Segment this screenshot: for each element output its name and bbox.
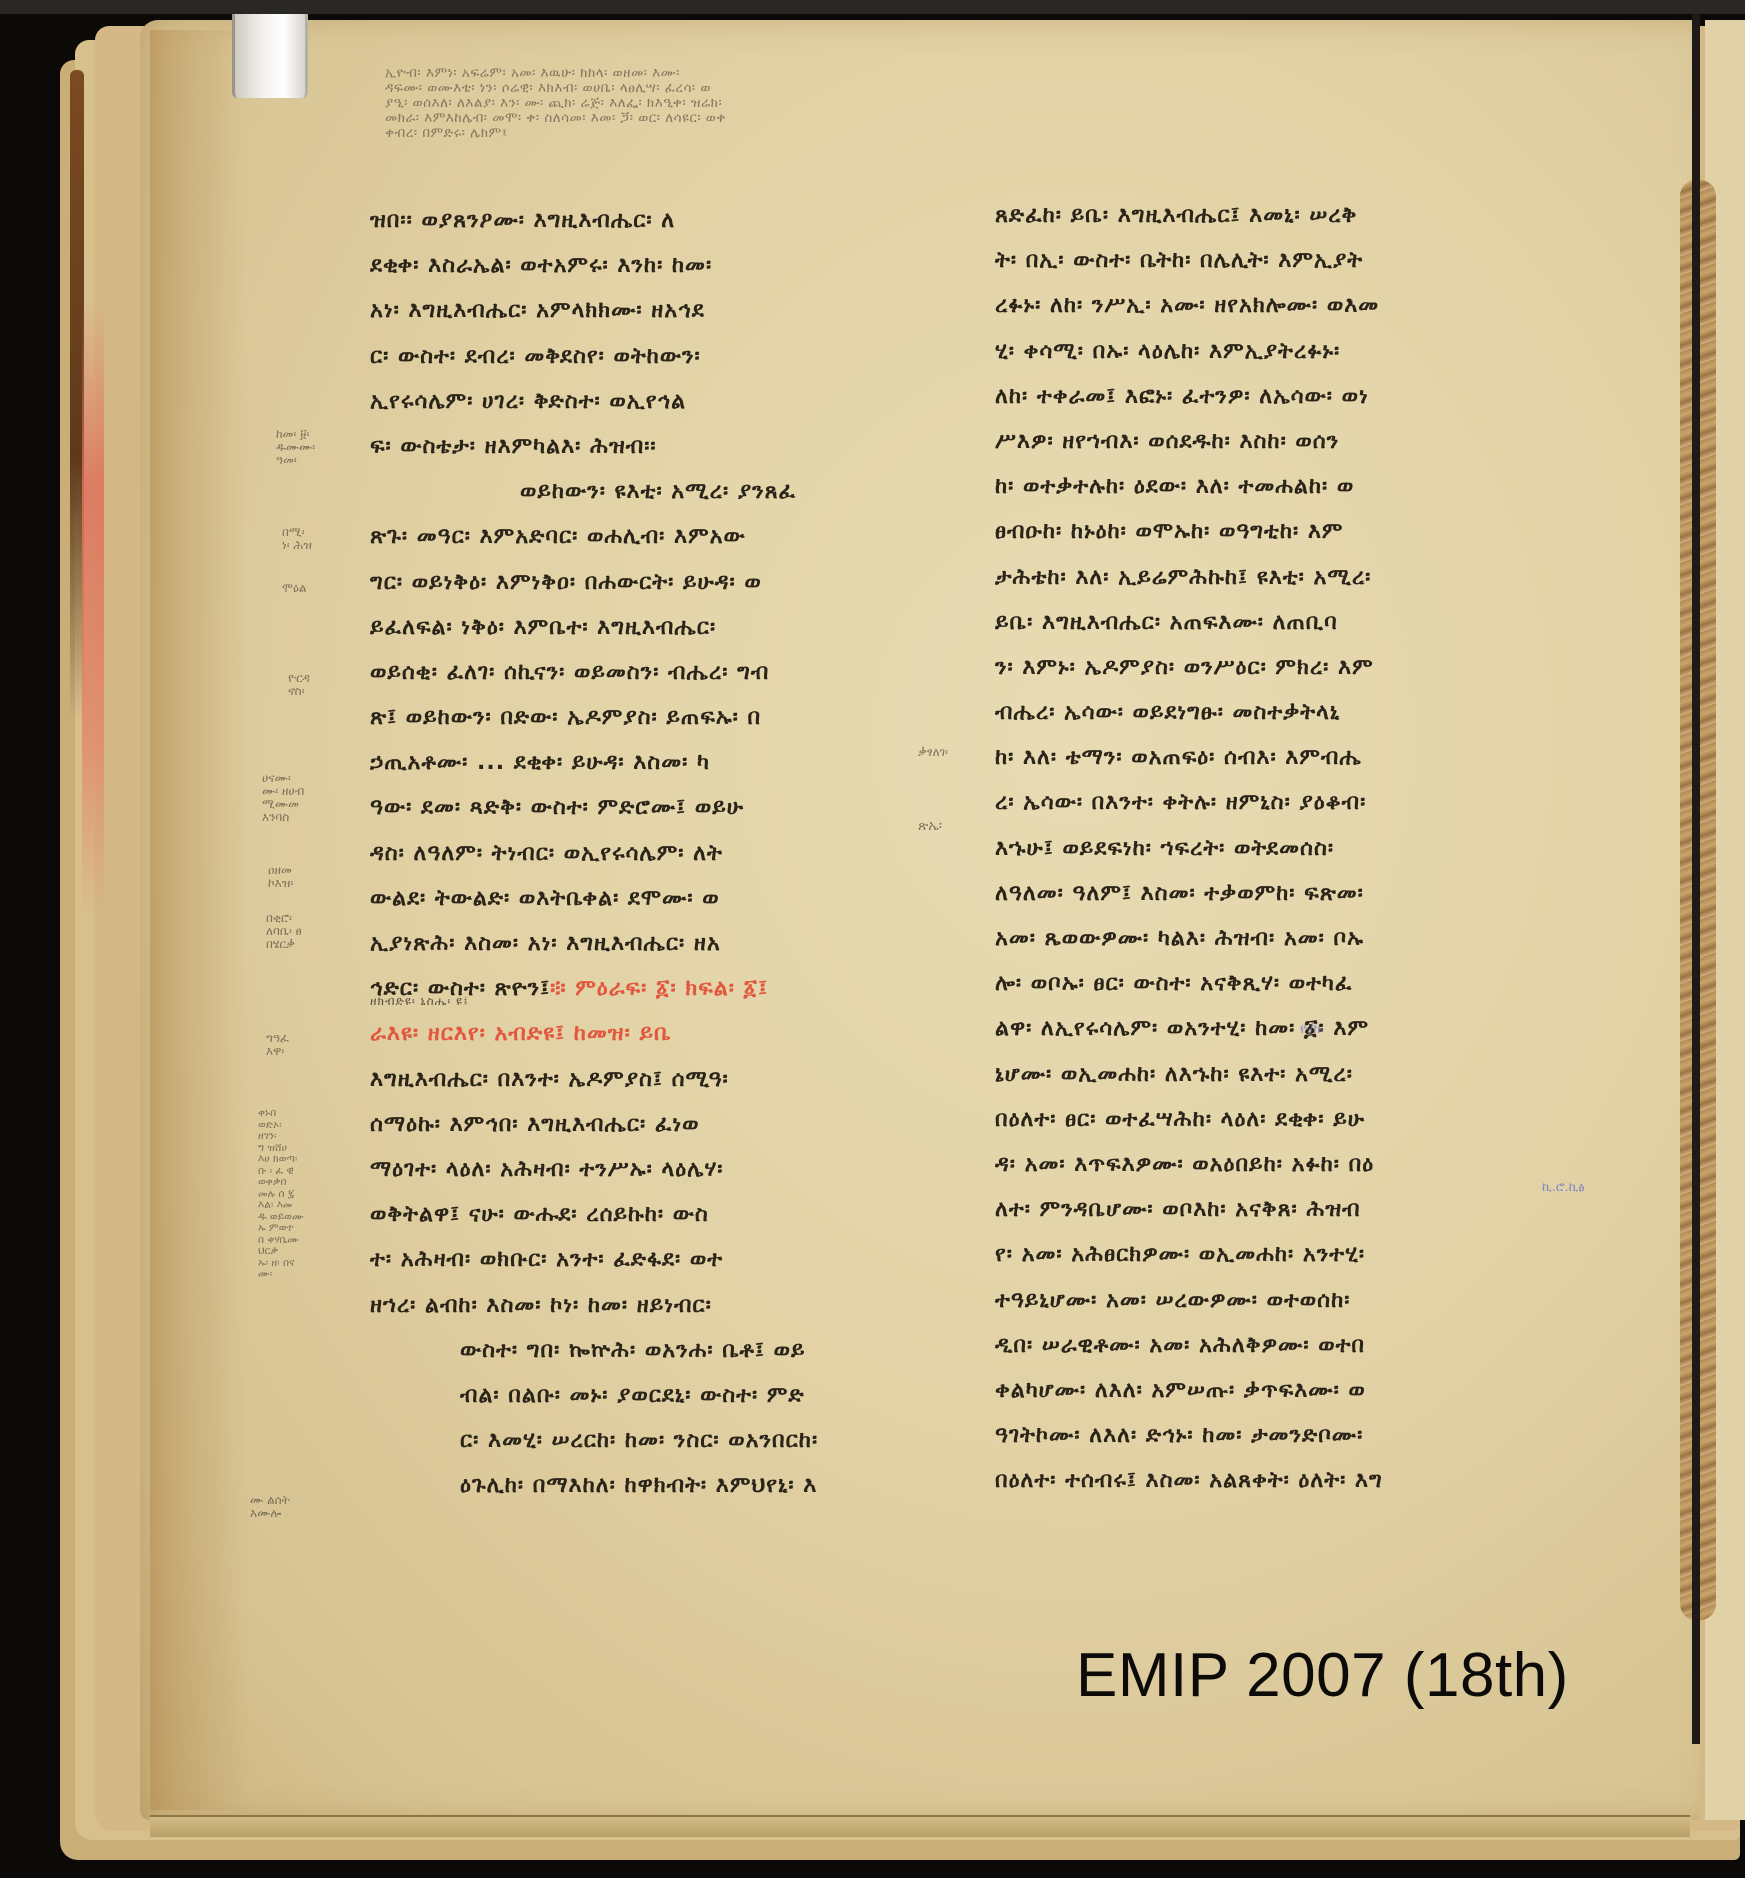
- text-line: ሎ፡ ወቦኡ፡ ፀር፡ ውስተ፡ አናቅጺሃ፡ ወተካፈ: [995, 961, 1555, 1006]
- text-line: ከ፡ እለ፡ ቴማን፡ ወአጠፍዕ፡ ሰብእ፡ እምብሔ: [995, 735, 1555, 780]
- text-line: ሰማዕኩ፡ እምኅበ፡ እግዚእብሔር፡ ፈነወ: [370, 1102, 930, 1147]
- blue-ink-note: ኪ.ሮ.ኪፅ: [1542, 1180, 1585, 1195]
- text-line: ዳስ፡ ለዓለም፡ ትነብር፡ ወኢየሩሳሌም፡ ለት: [370, 831, 930, 876]
- text-line: ለከ፡ ተቀራመ፤ እፎኑ፡ ፈተንዎ፡ ለኤሳው፡ ወነ: [995, 374, 1555, 419]
- margin-note: ሞዕል: [282, 582, 307, 595]
- margin-note: በሚ፡ ነ፡ ሕዝ: [282, 526, 312, 552]
- text-line: ጸድፈከ፡ ይቤ፡ እግዚእብሔር፤ እመኒ፡ ሠረቅ: [995, 193, 1555, 238]
- text-line: ዓገትኮሙ፡ ለእለ፡ ድኅኑ፡ ከመ፡ ታመንድቦሙ፡: [995, 1413, 1555, 1458]
- text-line: ዓው፡ ደመ፡ ጻድቅ፡ ውስተ፡ ምድሮሙ፤ ወይሁ: [370, 785, 930, 830]
- header-note-line: ቀብረ፡ በምድሩ፡ ሌክም፤: [385, 126, 1035, 141]
- text-line: ር፡ እመሂ፡ ሠረርከ፡ ከመ፡ ንስር፡ ወአንበርከ፡: [370, 1418, 930, 1463]
- header-note: ኢዮብ፡ እምነ፡ አፍሬም፡ አመ፡ እዉሁ፡ ክክላ፡ ወዘመ፡ እሙ፡ ዳ…: [385, 66, 1035, 141]
- text-line: ተዓይኒሆሙ፡ አመ፡ ሠረውዎሙ፡ ወተወሰከ፡: [995, 1278, 1555, 1323]
- top-dark-band: [0, 0, 1745, 14]
- text-line: ብሔረ፡ ኤሳው፡ ወይደነግፁ፡ መስተቃትላኒ: [995, 690, 1555, 735]
- text-line: አነ፡ እግዚእብሔር፡ አምላክክሙ፡ ዘአኅደ: [370, 288, 930, 333]
- margin-note: ዐዘመ ኮእዝ፡: [268, 864, 293, 890]
- text-line: ሂ፡ ቀሳሚ፡ በኡ፡ ላዕሌከ፡ እምኢያትረፉኑ፡: [995, 329, 1555, 374]
- margin-note: ሙ ልሰት እሙሎ: [250, 1494, 290, 1520]
- text-line: ኢያነጽሕ፡ እስመ፡ አነ፡ እግዚእብሔር፡ ዘአ: [370, 921, 930, 966]
- text-line: ጽ፤ ወይከውን፡ በድው፡ ኤዶምያስ፡ ይጠፍኡ፡ በ: [370, 695, 930, 740]
- text-line: ወይከውን፡ ዩእቲ፡ አሚረ፡ ያንጸፈ: [370, 469, 930, 514]
- page-clip: [232, 14, 308, 98]
- red-edge-stain: [82, 300, 104, 920]
- text-line: ታሕቴከ፡ እለ፡ ኢይሬምሕኩከ፤ ዩእቲ፡ አሚረ፡: [995, 555, 1555, 600]
- margin-note: ግዓፈ እዋ፡: [266, 1032, 289, 1058]
- margin-note: ዮርዳ ኖስ፡: [288, 672, 310, 698]
- text-line: ልዋ፡ ለኢየሩሳሌም፡ ወአንተሂ፡ ከመ፡ ፩፡ እም: [995, 1006, 1555, 1051]
- text-line: ፀብዑከ፡ ከኑዕከ፡ ወሞኡከ፡ ወዓግቲከ፡ እም: [995, 509, 1555, 554]
- header-note-line: ያዒ፡ ወሰእለ፡ ለእልያ፡ እን፡ ሙ፡ ጪክ፡ ሬጅ፡ እለፌ፡ ክእዒቀ…: [385, 96, 1035, 111]
- text-line: ግር፡ ወይነቅዕ፡ እምነቅዐ፡ በሐውርት፡ ይሁዳ፡ ወ: [370, 560, 930, 605]
- text-line: ደቂቀ፡ እስራኤል፡ ወተአምሩ፡ እንከ፡ ከመ፡: [370, 243, 930, 288]
- image-caption: EMIP 2007 (18th): [1076, 1640, 1569, 1711]
- gutter-shadow: [150, 30, 250, 1810]
- text-line: ት፡ በኢ፡ ውስተ፡ ቤትከ፡ በሌሊት፡ እምኢያት: [995, 238, 1555, 283]
- header-note-line: መክራ፡ እምእከሌብ፡ መሞ፡ ቀ፡ ስለሳመ፡ እመ፡ ጛ፡ ወር፡ ለሳዩ…: [385, 111, 1035, 126]
- margin-note: ሀናሙ፡ ሙ፡ ዘሀብ ሚሙመ እንባስ: [262, 772, 304, 824]
- text-line: ዕጉሊከ፡ በማእከለ፡ ከዋክብት፡ እምህየኒ፡ እ: [370, 1463, 930, 1508]
- text-line: ጽጉ፡ መዓር፡ እምአድባር፡ ወሐሊብ፡ እምአው: [370, 514, 930, 559]
- text-line: ዲበ፡ ሠራዊቶሙ፡ አመ፡ አሕለቅዎሙ፡ ወተበ: [995, 1323, 1555, 1368]
- text-line: ይፈለፍል፡ ነቅዕ፡ እምቤተ፡ እግዚእብሔር፡: [370, 605, 930, 650]
- text-line: ብል፡ በልቡ፡ መኑ፡ ያወርደኒ፡ ውስተ፡ ምድ: [370, 1373, 930, 1418]
- text-line: ረፉኑ፡ ለከ፡ ንሥኢ፡ አሙ፡ ዘየአክሎሙ፡ ወእመ: [995, 283, 1555, 328]
- text-line: በዕለተ፡ ተሰብሩ፤ እስመ፡ አልጸቀት፡ ዕለት፡ እግ: [995, 1458, 1555, 1503]
- rubric-chapter-heading: ፨ ምዕራፍ፡ ፩፡ ክፍል፡ ፩፤: [550, 976, 768, 1001]
- text-line: የ፡ አመ፡ አሕፀርክዎሙ፡ ወኢመሐከ፡ አንተሂ፡: [995, 1232, 1555, 1277]
- text-line: ዘኀረ፡ ልብከ፡ እስመ፡ ኮነ፡ ከመ፡ ዘይነብር፡: [370, 1283, 930, 1328]
- text-line: እግዚእብሔር፡ በእንተ፡ ኤዶምያስ፤ ሰሚዓ፡: [370, 1057, 930, 1102]
- margin-note: ከመ፡ ፱፡ ዱሙሙ፡ ዓመ፡: [276, 428, 315, 467]
- left-text-column: ዝበ፡፡ ወያጸንዖሙ፡ እግዚእብሔር፡ ለ ደቂቀ፡ እስራኤል፡ ወተአም…: [370, 198, 930, 1508]
- text-line: ን፡ እምኑ፡ ኤዶምያስ፡ ወንሥዕር፡ ምክረ፡ እም: [995, 645, 1555, 690]
- rubric-line: ራእዩ፡ ዘርእየ፡ አብድዩ፤ ከመዝ፡ ይቤ: [370, 1011, 930, 1056]
- text-line: ኃጢአቶሙ፡ ... ደቂቀ፡ ይሁዳ፡ እስመ፡ ካ: [370, 740, 930, 785]
- text-line: ወቅትልዋ፤ ናሁ፡ ውሑደ፡ ረሰይኩከ፡ ውስ: [370, 1192, 930, 1237]
- text-line: ር፡ ውስተ፡ ደብረ፡ መቅደስየ፡ ወትከውን፡: [370, 334, 930, 379]
- margin-note: ጽኤ፡: [918, 820, 942, 833]
- text-line: ማዕገተ፡ ላዕለ፡ አሕዛብ፡ ተንሥኡ፡ ላዕሌሃ፡: [370, 1147, 930, 1192]
- text-line: ሥእዎ፡ ዘየኀብእ፡ ወሰደዱከ፡ እስከ፡ ወሰን: [995, 419, 1555, 464]
- text-line: ወይሰቂ፡ ፈለገ፡ ሰኪናን፡ ወይመስን፡ ብሔረ፡ ግብ: [370, 650, 930, 695]
- header-note-line: ዳፍሙ፡ ወሙእቴ፡ ነን፡ ሶሬዊ፡ እክእብ፡ ወሀቤ፡ ላፀሊሣ፡ ፈረሳ…: [385, 81, 1035, 96]
- text-line: አመ፡ ጼወውዎሙ፡ ካልእ፡ ሕዝብ፡ አመ፡ ቦኡ: [995, 916, 1555, 961]
- header-note-line: ኢዮብ፡ እምነ፡ አፍሬም፡ አመ፡ እዉሁ፡ ክክላ፡ ወዘመ፡ እሙ፡: [385, 66, 1035, 81]
- text-line: ፍ፡ ውስቴታ፡ ዘእምካልእ፡ ሕዝብ፡፡: [370, 424, 930, 469]
- text-line: ቀልካሆሙ፡ ለእለ፡ አምሠጡ፡ ቃጥፍእሙ፡ ወ: [995, 1368, 1555, 1413]
- text-line: ረ፡ ኤሳው፡ በእንተ፡ ቀትሉ፡ ዘምኒስ፡ ያዕቆብ፡: [995, 780, 1555, 825]
- text-line: ውስተ፡ ግበ፡ ኰኵሕ፡ ወአንሐ፡ ቤቶ፤ ወይ: [370, 1328, 930, 1373]
- binding-thread: [1692, 14, 1700, 1744]
- text-line: ውልደ፡ ትውልድ፡ ወእትቤቀል፡ ደሞሙ፡ ወ: [370, 876, 930, 921]
- text-line: ይቤ፡ እግዚእብሔር፡ አጠፍእሙ፡ ለጠቢባ: [995, 600, 1555, 645]
- text-line: ኔሆሙ፡ ወኢመሐከ፡ ለእኁከ፡ ዩእተ፡ አሚረ፡: [995, 1052, 1555, 1097]
- text-line: ከ፡ ወተቃተሉከ፡ ዕደው፡ እለ፡ ተመሐልከ፡ ወ: [995, 464, 1555, 509]
- text-line: ተ፡ አሕዛብ፡ ወክቡር፡ አንተ፡ ፈድፋደ፡ ወተ: [370, 1237, 930, 1282]
- page-bottom-edge: [150, 1815, 1690, 1837]
- text-line: ዝበ፡፡ ወያጸንዖሙ፡ እግዚእብሔር፡ ለ: [370, 198, 930, 243]
- text-line: ዳ፡ አመ፡ እጥፍእዎሙ፡ ወአዕበይከ፡ አፉከ፡ በዕ: [995, 1142, 1555, 1187]
- margin-note: በቂሮ፡ ለባቤ፡ ፀ በሄርቃ: [266, 912, 302, 951]
- margin-note: ቃፃለገ፡: [918, 746, 948, 759]
- text-line: እኁሁ፤ ወይደፍነከ፡ ኀፍረት፡ ወትደመሰስ፡: [995, 826, 1555, 871]
- text-line: ለዓለመ፡ ዓለም፤ እስመ፡ ተቃወምከ፡ ፍጽመ፡: [995, 871, 1555, 916]
- text-line: በዕለተ፡ ፀር፡ ወተፈሣሕከ፡ ላዕለ፡ ደቂቀ፡ ይሁ: [995, 1097, 1555, 1142]
- text-line: ለተ፡ ምንዳቤሆሙ፡ ወቦእከ፡ አናቅጸ፡ ሕዝብ: [995, 1187, 1555, 1232]
- right-text-column: ጸድፈከ፡ ይቤ፡ እግዚእብሔር፤ እመኒ፡ ሠረቅ ት፡ በኢ፡ ውስተ፡ …: [995, 193, 1555, 1503]
- blue-ink-note: ዮ/ኩ: [1300, 1022, 1323, 1037]
- text-line: ኢየሩሳሌም፡ ሀገረ፡ ቅድስተ፡ ወኢየኅል: [370, 379, 930, 424]
- margin-note-dense: ቀኑበ ወድኦ፡ ዘገን፡ ግ ዝሸሀ እሀ ክወጣ፡ ቡ ፡ ፈ ዊ ወቀቃበ…: [258, 1108, 304, 1281]
